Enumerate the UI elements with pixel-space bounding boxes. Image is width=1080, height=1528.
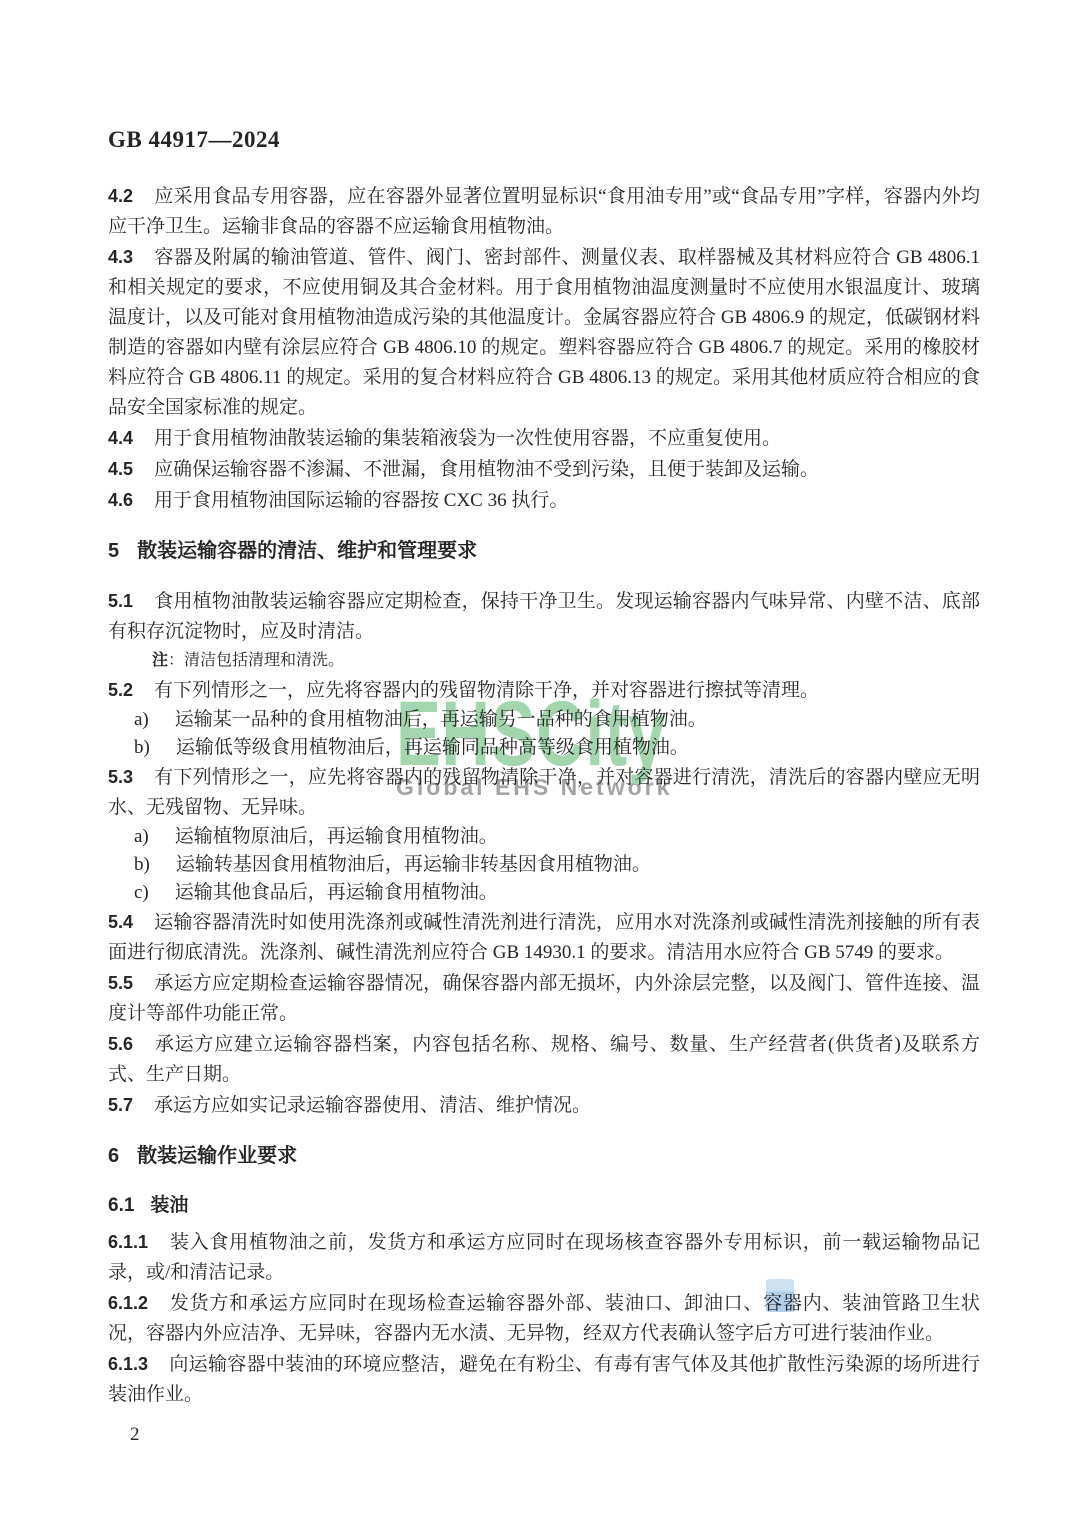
clause-text: 承运方应如实记录运输容器使用、清洁、维护情况。 bbox=[154, 1095, 591, 1116]
document-body: 4.2应采用食品专用容器，应在容器外显著位置明显标识“食用油专用”或“食品专用”… bbox=[108, 181, 980, 1410]
standard-number: GB 44917—2024 bbox=[108, 127, 280, 153]
note: 注：清洁包括清理和清洗。 bbox=[108, 647, 980, 675]
clause-text: 承运方应定期检查运输容器情况，确保容器内部无损坏，内外涂层完整，以及阀门、管件连… bbox=[108, 973, 980, 1024]
item-text: 运输其他食品后，再运输食用植物油。 bbox=[175, 882, 498, 903]
clause-number: 4.5 bbox=[108, 459, 133, 479]
clause-5.5: 5.5承运方应定期检查运输容器情况，确保容器内部无损坏，内外涂层完整，以及阀门、… bbox=[108, 968, 980, 1029]
clause-5.3: 5.3有下列情形之一，应先将容器内的残留物清除干净，并对容器进行清洗，清洗后的容… bbox=[108, 762, 980, 823]
clause-number: 4.2 bbox=[108, 186, 133, 206]
clause-5.6: 5.6承运方应建立运输容器档案，内容包括名称、规格、编号、数量、生产经营者(供货… bbox=[108, 1029, 980, 1090]
clause-6.1.3: 6.1.3向运输容器中装油的环境应整洁，避免在有粉尘、有毒有害气体及其他扩散性污… bbox=[108, 1349, 980, 1410]
heading-6.1: 6.1装油 bbox=[108, 1191, 980, 1221]
clause-4.5: 4.5应确保运输容器不渗漏、不泄漏，食用植物油不受到污染，且便于装卸及运输。 bbox=[108, 454, 980, 485]
clause-text: 向运输容器中装油的环境应整洁，避免在有粉尘、有毒有害气体及其他扩散性污染源的场所… bbox=[108, 1354, 980, 1405]
heading-5: 5散装运输容器的清洁、维护和管理要求 bbox=[108, 536, 980, 566]
list-item: a)运输某一品种的食用植物油后，再运输另一品种的食用植物油。 bbox=[108, 706, 980, 734]
clause-number: 5.3 bbox=[108, 767, 133, 787]
clause-number: 5.6 bbox=[108, 1034, 133, 1054]
item-text: 运输植物原油后，再运输食用植物油。 bbox=[175, 826, 498, 847]
clause-number: 5.7 bbox=[108, 1095, 133, 1115]
page-number: 2 bbox=[130, 1424, 140, 1446]
clause-text: 承运方应建立运输容器档案，内容包括名称、规格、编号、数量、生产经营者(供货者)及… bbox=[108, 1034, 980, 1085]
clause-number: 5.1 bbox=[108, 591, 133, 611]
clause-text: 运输容器清洗时如使用洗涤剂或碱性清洗剂进行清洗，应用水对洗涤剂或碱性清洗剂接触的… bbox=[108, 912, 980, 963]
clause-4.3: 4.3容器及附属的输油管道、管件、阀门、密封部件、测量仪表、取样器械及其材料应符… bbox=[108, 242, 980, 423]
heading-6: 6散装运输作业要求 bbox=[108, 1141, 980, 1171]
clause-5.7: 5.7承运方应如实记录运输容器使用、清洁、维护情况。 bbox=[108, 1090, 980, 1121]
list-item: a)运输植物原油后，再运输食用植物油。 bbox=[108, 823, 980, 851]
clause-text: 装油 bbox=[150, 1195, 188, 1216]
clause-4.6: 4.6用于食用植物油国际运输的容器按 CXC 36 执行。 bbox=[108, 485, 980, 516]
item-marker: b) bbox=[134, 854, 150, 875]
item-text: 运输某一品种的食用植物油后，再运输另一品种的食用植物油。 bbox=[175, 709, 707, 730]
clause-6.1.1: 6.1.1装入食用植物油之前，发货方和承运方应同时在现场核查容器外专用标识，前一… bbox=[108, 1227, 980, 1288]
clause-text: 用于食用植物油国际运输的容器按 CXC 36 执行。 bbox=[154, 490, 568, 511]
item-marker: c) bbox=[134, 882, 149, 903]
clause-4.4: 4.4用于食用植物油散装运输的集装箱液袋为一次性使用容器，不应重复使用。 bbox=[108, 423, 980, 454]
clause-number: 4.4 bbox=[108, 428, 133, 448]
clause-6.1.2: 6.1.2发货方和承运方应同时在现场检查运输容器外部、装油口、卸油口、容器内、装… bbox=[108, 1288, 980, 1349]
clause-text: 食用植物油散装运输容器应定期检查，保持干净卫生。发现运输容器内气味异常、内壁不洁… bbox=[108, 591, 980, 642]
clause-number: 6.1.2 bbox=[108, 1293, 148, 1313]
clause-text: 应采用食品专用容器，应在容器外显著位置明显标识“食用油专用”或“食品专用”字样，… bbox=[108, 186, 980, 237]
clause-number: 6.1.3 bbox=[108, 1354, 148, 1374]
list-item: b)运输转基因食用植物油后，再运输非转基因食用植物油。 bbox=[108, 851, 980, 879]
clause-5.4: 5.4运输容器清洗时如使用洗涤剂或碱性清洗剂进行清洗，应用水对洗涤剂或碱性清洗剂… bbox=[108, 907, 980, 968]
clause-text: 装入食用植物油之前，发货方和承运方应同时在现场核查容器外专用标识，前一载运输物品… bbox=[108, 1232, 980, 1283]
clause-number: 4.3 bbox=[108, 247, 133, 267]
item-text: 运输低等级食用植物油后，再运输同品种高等级食用植物油。 bbox=[176, 737, 689, 758]
item-marker: b) bbox=[134, 737, 150, 758]
clause-number: 5.5 bbox=[108, 973, 133, 993]
clause-text: 应确保运输容器不渗漏、不泄漏，食用植物油不受到污染，且便于装卸及运输。 bbox=[154, 459, 819, 480]
clause-text: 散装运输作业要求 bbox=[137, 1145, 297, 1167]
clause-number: 6.1 bbox=[108, 1195, 134, 1216]
clause-text: 散装运输容器的清洁、维护和管理要求 bbox=[137, 540, 477, 562]
note-label: 注 bbox=[152, 652, 168, 669]
clause-5.2: 5.2有下列情形之一，应先将容器内的残留物清除干净，并对容器进行擦拭等清理。 bbox=[108, 675, 980, 706]
list-item: c)运输其他食品后，再运输食用植物油。 bbox=[108, 879, 980, 907]
clause-text: 发货方和承运方应同时在现场检查运输容器外部、装油口、卸油口、容器内、装油管路卫生… bbox=[108, 1293, 980, 1344]
clause-number: 5.4 bbox=[108, 912, 133, 932]
clause-text: 容器及附属的输油管道、管件、阀门、密封部件、测量仪表、取样器械及其材料应符合 G… bbox=[108, 247, 980, 418]
clause-text: 有下列情形之一，应先将容器内的残留物清除干净，并对容器进行擦拭等清理。 bbox=[154, 680, 819, 701]
clause-number: 5 bbox=[108, 540, 119, 562]
clause-number: 6 bbox=[108, 1145, 119, 1167]
note-text: ：清洁包括清理和清洗。 bbox=[168, 652, 344, 669]
list-item: b)运输低等级食用植物油后，再运输同品种高等级食用植物油。 bbox=[108, 734, 980, 762]
item-marker: a) bbox=[134, 709, 149, 730]
document-page: EHSCity Global EHS Network GB 44917—2024… bbox=[0, 0, 1080, 1528]
clause-4.2: 4.2应采用食品专用容器，应在容器外显著位置明显标识“食用油专用”或“食品专用”… bbox=[108, 181, 980, 242]
clause-number: 4.6 bbox=[108, 490, 133, 510]
clause-number: 6.1.1 bbox=[108, 1232, 148, 1252]
clause-text: 有下列情形之一，应先将容器内的残留物清除干净，并对容器进行清洗，清洗后的容器内壁… bbox=[108, 767, 980, 818]
clause-number: 5.2 bbox=[108, 680, 133, 700]
item-text: 运输转基因食用植物油后，再运输非转基因食用植物油。 bbox=[176, 854, 651, 875]
item-marker: a) bbox=[134, 826, 149, 847]
clause-text: 用于食用植物油散装运输的集装箱液袋为一次性使用容器，不应重复使用。 bbox=[154, 428, 781, 449]
clause-5.1: 5.1食用植物油散装运输容器应定期检查，保持干净卫生。发现运输容器内气味异常、内… bbox=[108, 586, 980, 647]
